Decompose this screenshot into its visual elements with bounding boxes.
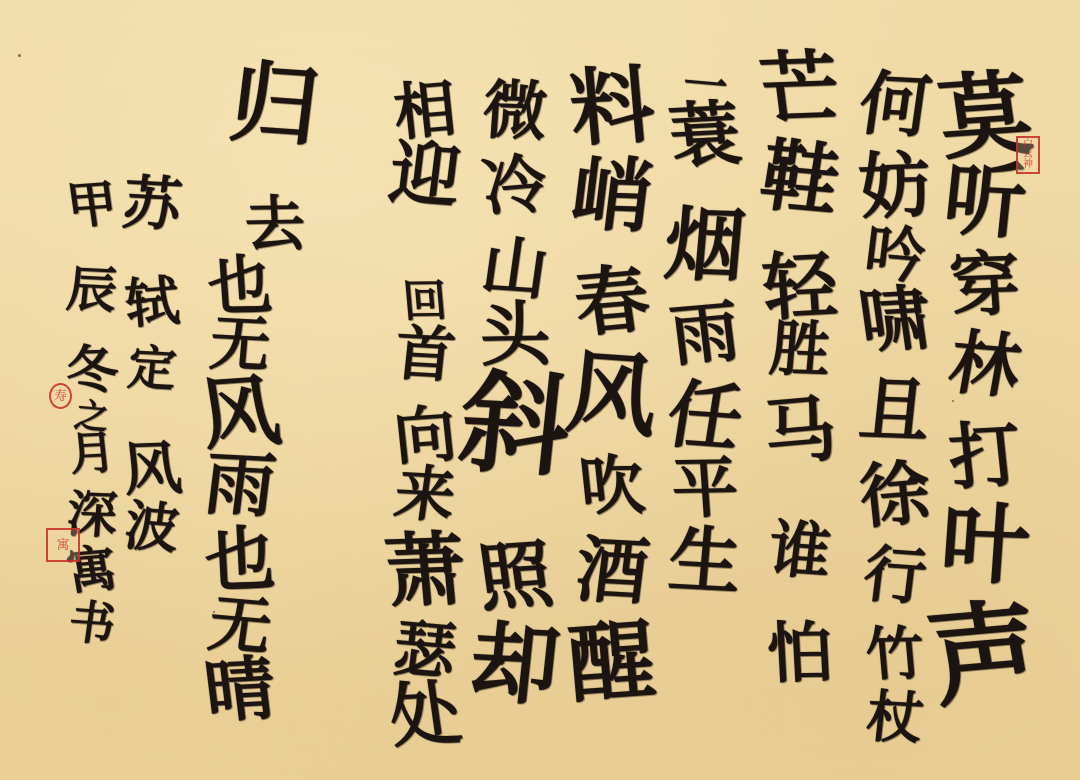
calligraphy-character: 林 (944, 327, 1026, 402)
calligraphy-character: 蓑 (666, 98, 744, 171)
calligraphy-character: 妨 (856, 149, 934, 223)
calligraphy-character: 平 (670, 454, 741, 521)
calligraphy-character: 风 (120, 439, 184, 499)
calligraphy-character: 也 (203, 524, 277, 596)
seal-top-right: 白云神 (1016, 136, 1040, 174)
calligraphy-character: 甲 (64, 178, 121, 231)
calligraphy-character: 春 (570, 262, 654, 342)
calligraphy-character: 打 (945, 418, 1024, 493)
calligraphy-character: 穿 (948, 249, 1023, 321)
calligraphy-character: 雨 (667, 297, 743, 370)
calligraphy-character: 萧 (382, 529, 469, 612)
calligraphy-character: 冷 (478, 153, 553, 222)
calligraphy-character: 照 (473, 538, 557, 617)
calligraphy-character: 谁 (765, 518, 834, 584)
calligraphy-character: 啸 (855, 283, 935, 356)
seal-glyph: 神 (1018, 160, 1038, 170)
seal-round-left: 寿 (49, 383, 72, 409)
calligraphy-character: 雨 (201, 448, 279, 521)
calligraphy-character: 且 (856, 374, 933, 446)
calligraphy-character: 行 (860, 543, 929, 609)
calligraphy-character: 醒 (565, 617, 658, 709)
calligraphy-character: 吹 (577, 454, 648, 519)
calligraphy-character: 马 (758, 392, 841, 470)
calligraphy-character: 月 (67, 429, 118, 477)
calligraphy-character: 书 (66, 599, 118, 648)
calligraphy-character: 却 (466, 618, 563, 710)
calligraphy-character: 去 (243, 194, 306, 255)
calligraphy-character: 声 (921, 596, 1050, 714)
calligraphy-character: 何 (855, 68, 935, 141)
calligraphy-character: 怕 (765, 619, 834, 686)
calligraphy-character: 轼 (123, 273, 182, 331)
seal-glyph: 寿 (54, 390, 67, 403)
calligraphy-character: 生 (666, 523, 744, 599)
calligraphy-character: 归 (226, 57, 325, 151)
calligraphy-character: 晴 (201, 653, 279, 726)
calligraphy-character: 首 (392, 324, 458, 387)
ink-speck (213, 611, 215, 613)
calligraphy-character: 辰 (64, 264, 119, 316)
calligraphy-character: 酒 (572, 533, 653, 608)
calligraphy-character: 竹 (863, 625, 926, 684)
calligraphy-character: 冬 (64, 344, 120, 398)
calligraphy-character: 杖 (864, 689, 926, 748)
calligraphy-character: 芒 (756, 49, 844, 129)
calligraphy-character: 处 (385, 678, 465, 751)
calligraphy-character: 风 (562, 347, 661, 443)
seal-glyph: 寓 (56, 539, 69, 552)
calligraphy-character: 胜 (767, 319, 832, 381)
calligraphy-character: 微 (481, 79, 549, 145)
calligraphy-character: 回 (401, 280, 449, 325)
calligraphy-character: 定 (126, 344, 179, 394)
calligraphy-character: 任 (662, 378, 747, 457)
calligraphy-character: 来 (391, 464, 459, 527)
ink-speck (18, 54, 21, 57)
calligraphy-character: 叶 (938, 499, 1032, 590)
seal-square-left: 寓 (46, 528, 80, 562)
calligraphy-character: 烟 (662, 204, 749, 287)
calligraphy-character: 斜 (454, 367, 575, 482)
calligraphy-character: 波 (121, 498, 182, 556)
calligraphy-character: 料 (566, 63, 657, 151)
calligraphy-character: 迎 (386, 138, 464, 212)
calligraphy-character: 鞋 (755, 137, 845, 221)
calligraphy-character: 峭 (567, 154, 657, 236)
calligraphy-character: 苏 (119, 174, 184, 235)
calligraphy-character: 徐 (856, 457, 933, 533)
calligraphy-scroll: 莫听穿林打叶声何妨吟啸且徐行竹杖芒鞋轻胜马谁怕一蓑烟雨任平生料峭春风吹酒醒微冷山… (0, 0, 1080, 780)
ink-speck (952, 400, 954, 402)
